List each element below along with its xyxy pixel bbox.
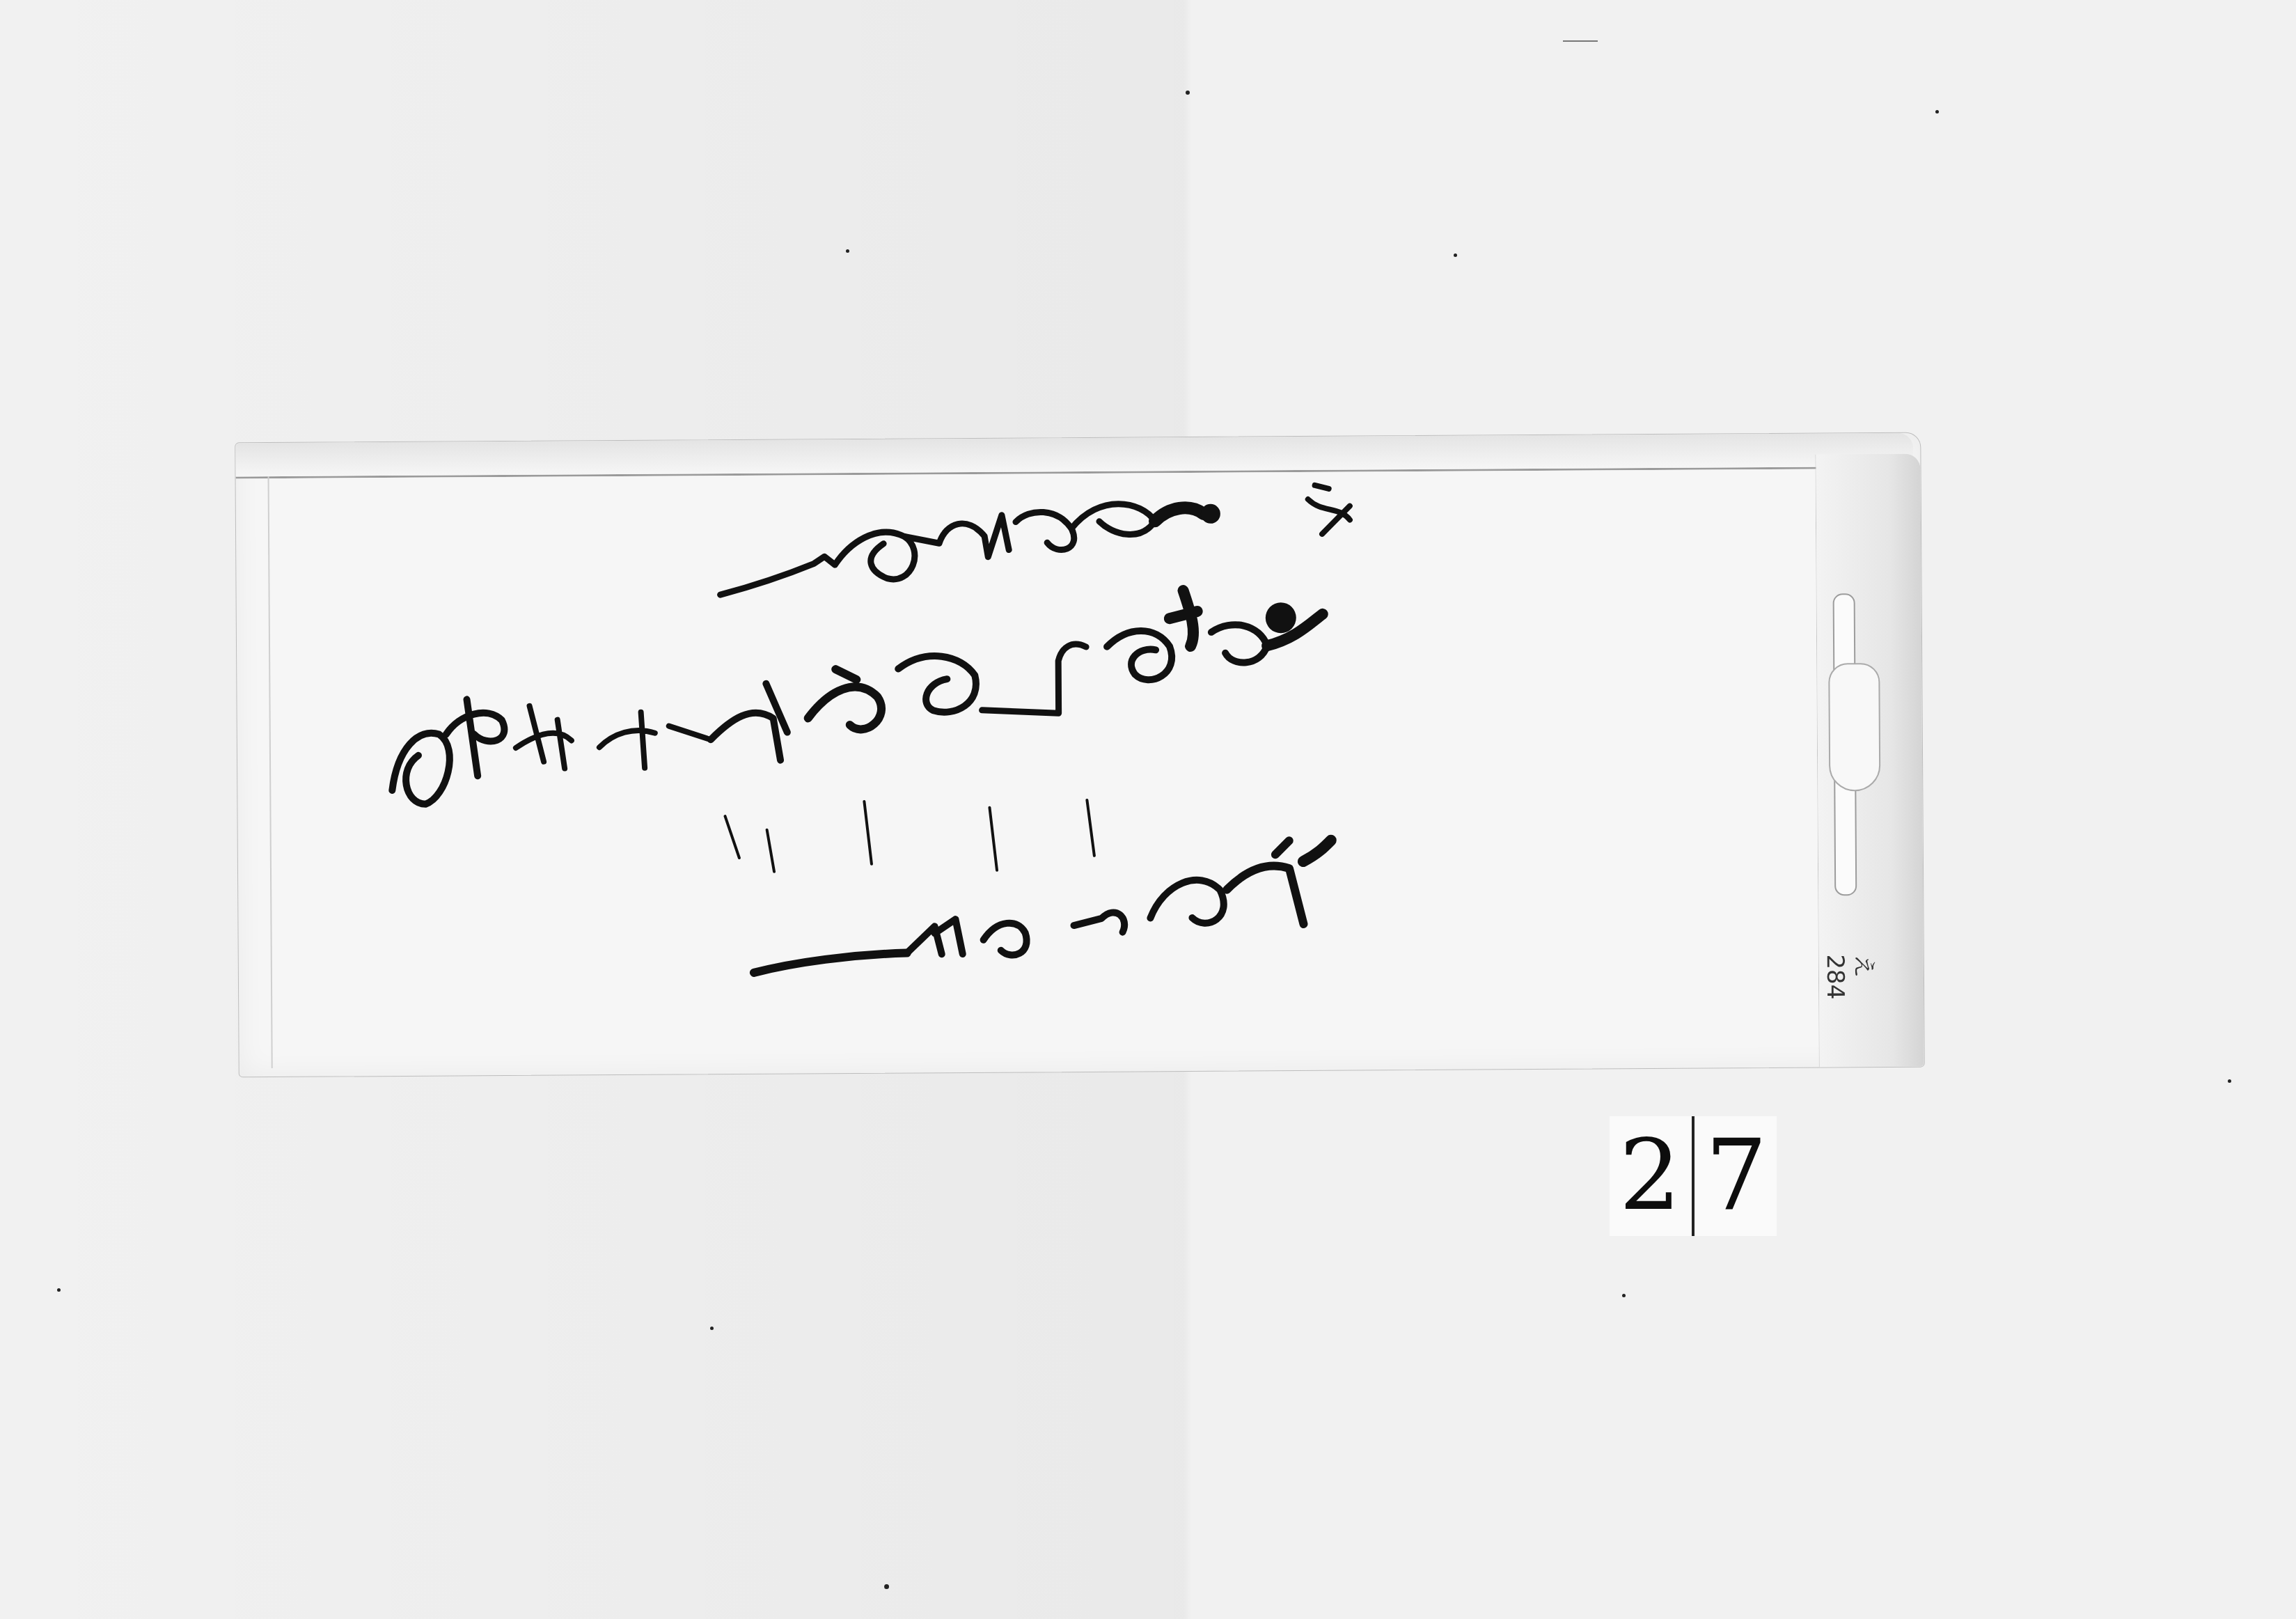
scan-speck: [1935, 110, 1939, 114]
calligraphy-area: [235, 433, 1924, 1077]
scan-speck: [710, 1327, 714, 1330]
scan-speck: [1454, 253, 1457, 257]
scan-speck: [2228, 1079, 2231, 1083]
scan-hair: [1563, 40, 1598, 42]
handwriting-column-3: [753, 840, 1332, 973]
handwriting-column-1: [720, 485, 1351, 595]
document-booklet: え 284: [235, 432, 1925, 1078]
index-digit-ones: 7: [1696, 1116, 1777, 1236]
index-label-divider: [1692, 1116, 1695, 1236]
index-digit-tens: 2: [1610, 1116, 1690, 1236]
scan-speck: [884, 1584, 889, 1589]
scan-speck: [846, 249, 849, 253]
handwriting-column-2: [391, 590, 1324, 804]
scan-speck: [1622, 1294, 1626, 1297]
scan-speck: [57, 1288, 61, 1292]
scan-speck: [1186, 91, 1190, 95]
index-number-label: 2 7: [1610, 1116, 1777, 1236]
ink-bleedthrough: [725, 800, 1094, 872]
